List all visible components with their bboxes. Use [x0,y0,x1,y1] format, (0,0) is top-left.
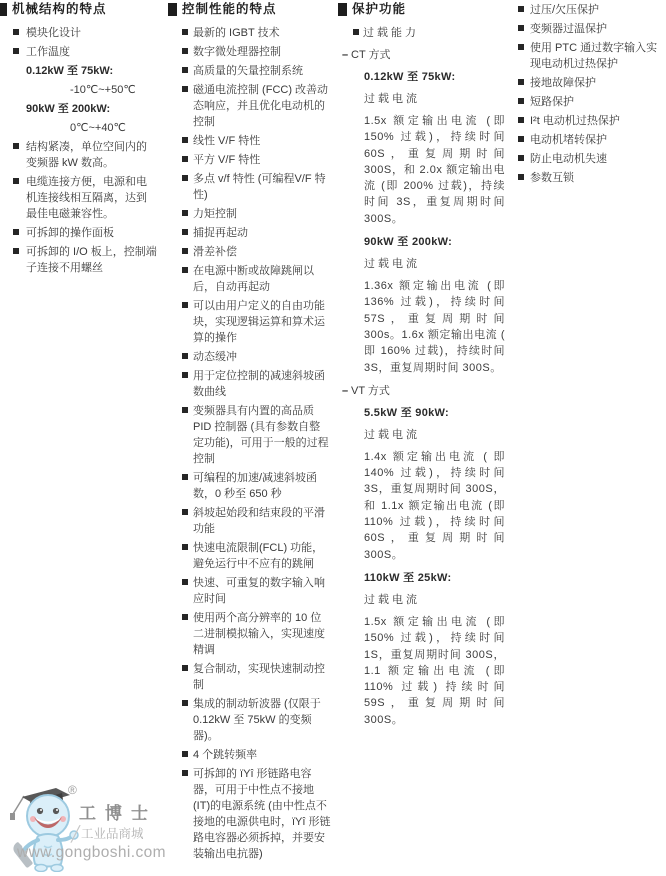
dash-icon: – [342,383,348,399]
bullet-item: 最新的 IGBT 技术 [168,25,331,41]
bullet-item: 4 个跳转频率 [168,747,331,763]
item-text: 模块化设计 [26,27,81,39]
bullet-item: 线性 V/F 特性 [168,133,331,149]
item-text: 可拆卸的 I/O 板上，控制端子连接不用螺丝 [26,246,157,274]
overload-current-label: 过载电流 [338,427,508,443]
bullet-square-icon [13,48,19,54]
website-url: www.gongboshi.com [17,844,166,862]
item-text: 电动机堵转保护 [530,134,607,146]
item-text: 力矩控制 [193,208,237,220]
item-text: 电缆连接方便，电源和电机连接线相互隔离，达到最佳电磁兼容性。 [26,176,147,220]
gongboshi-watermark: ® 工博士 ╱工业品商城 www.gongboshi.com [8,782,198,874]
bullet-item: 快速电流限制(FCL) 功能，避免运行中不应有的跳闸 [168,540,331,572]
brand-name: 工博士 [79,799,189,824]
header-square-icon [338,3,347,16]
bullet-item: 参数互锁 [518,170,664,186]
column-title: 控制性能的特点 [182,2,277,17]
overload-paragraph: 1.36x 额定输出电流 (即 136% 过载)，持续时间 57S，重复周期时间… [338,278,505,376]
bullet-square-icon [182,267,188,273]
bullet-item: 过载能力 [338,25,503,41]
item-text: 数字微处理器控制 [193,46,281,58]
bullet-item: 平方 V/F 特性 [168,152,331,168]
bullet-item: 多点 v/f 特性 (可编程V/F 特性) [168,171,331,203]
power-range-heading: 110kW 至 25kW: [338,570,508,586]
bullet-square-icon [518,79,524,85]
bullet-square-icon [182,137,188,143]
item-text: 变频器具有内置的高品质 PID 控制器 (具有参数自整定功能)，可用于一般的过程… [193,405,329,465]
item-text: 防止电动机失速 [530,153,607,165]
item-text: 平方 V/F 特性 [193,154,260,166]
bullet-item: 变频器过温保护 [518,21,664,37]
dash-icon: – [342,47,348,63]
overload-paragraph: 1.4x 额定输出电流 ( 即 140% 过载)，持续时间 3S，重复周期时间 … [338,449,505,563]
bullet-square-icon [182,210,188,216]
bullet-item: 在电源中断或故障跳闸以后，自动再起动 [168,263,331,295]
bullet-square-icon [518,98,524,104]
bullet-square-icon [182,509,188,515]
column-mechanical-features: 机械结构的特点模块化设计工作温度0.12kW 至 75kW:-10℃~+50℃9… [0,2,160,279]
registered-trademark: ® [68,783,77,797]
bullet-item: 捕捉再起动 [168,225,331,241]
power-range-line: 0.12kW 至 75kW: [0,63,160,79]
bullet-square-icon [182,544,188,550]
item-text: 使用 PTC 通过数字输入实现电动机过热保护 [530,42,657,70]
bullet-item: 模块化设计 [0,25,157,41]
bullet-item: 工作温度 [0,44,157,60]
header-square-icon [168,3,177,16]
datasheet-page: { "page": { "background": "#ffffff", "te… [0,0,666,876]
bullet-item: 变频器具有内置的高品质 PID 控制器 (具有参数自整定功能)，可用于一般的过程… [168,403,331,467]
column-header: 保护功能 [338,2,508,17]
bullet-square-icon [13,248,19,254]
bullet-item: 数字微处理器控制 [168,44,331,60]
item-text: 变频器过温保护 [530,23,607,35]
item-text: 结构紧凑，单位空间内的变频器 kW 数高。 [26,141,147,169]
item-text: 复合制动，实现快速制动控制 [193,663,325,691]
item-text: 快速、可重复的数字输入响应时间 [193,577,325,605]
bullet-square-icon [182,353,188,359]
item-text: 过载能力 [363,27,419,39]
bullet-item: 力矩控制 [168,206,331,222]
bullet-square-icon [518,174,524,180]
item-text: 使用两个高分辨率的 10 位二进制模拟输入，实现速度精调 [193,612,325,656]
bullet-square-icon [182,614,188,620]
bullet-square-icon [182,700,188,706]
bullet-item: 可拆卸的操作面板 [0,225,157,241]
item-text: 工作温度 [26,46,70,58]
bullet-item: 接地故障保护 [518,75,664,91]
bullet-item: 防止电动机失速 [518,151,664,167]
brand-tagline: ╱工业品商城 [71,824,144,843]
bullet-square-icon [182,29,188,35]
bullet-item: 电缆连接方便，电源和电机连接线相互隔离，达到最佳电磁兼容性。 [0,174,157,222]
item-text: 滑差补偿 [193,246,237,258]
bullet-item: 磁通电流控制 (FCC) 改善动态响应，并且优化电动机的控制 [168,82,331,130]
bullet-square-icon [518,6,524,12]
bullet-item: 电动机堵转保护 [518,132,664,148]
bullet-square-icon [182,229,188,235]
bullet-item: 使用两个高分辨率的 10 位二进制模拟输入，实现速度精调 [168,610,331,658]
item-text: 线性 V/F 特性 [193,135,260,147]
overload-current-label: 过载电流 [338,256,508,272]
overload-paragraph: 1.5x 额定输出电流 (即 150% 过载)，持续时间 1S，重复周期时间 3… [338,614,505,728]
slash-decoration-icon: ╱ [71,826,80,843]
item-text: 可编程的加速/减速斜坡函数，0 秒至 650 秒 [193,472,317,500]
overload-current-label: 过载电流 [338,592,508,608]
bullet-square-icon [13,29,19,35]
column-title: 机械结构的特点 [12,2,107,17]
bullet-item: 可拆卸的 I/O 板上，控制端子连接不用螺丝 [0,244,157,276]
column-header: 控制性能的特点 [168,2,332,17]
bullet-square-icon [182,665,188,671]
item-text: 用于定位控制的减速斜坡函数曲线 [193,370,325,398]
bullet-item: 复合制动，实现快速制动控制 [168,661,331,693]
bullet-square-icon [353,29,359,35]
column-protection-functions-continued: 过压/欠压保护变频器过温保护使用 PTC 通过数字输入实现电动机过热保护接地故障… [518,2,666,189]
bullet-square-icon [182,86,188,92]
bullet-square-icon [182,48,188,54]
bullet-item: 集成的制动斩波器 (仅限于 0.12kW 至 75kW 的变频器)。 [168,696,331,744]
item-text: 磁通电流控制 (FCC) 改善动态响应，并且优化电动机的控制 [193,84,328,128]
bullet-square-icon [182,175,188,181]
dash-item: –VT 方式 [338,383,501,399]
item-text: 可拆卸的 ïYî 形链路电容器，可用于中性点不接地(IT)的电源系统 (由中性点… [193,768,331,860]
item-text: 斜坡起始段和结束段的平滑功能 [193,507,325,535]
power-range-heading: 5.5kW 至 90kW: [338,405,508,421]
tagline-text: 工业品商城 [81,827,144,841]
bullet-square-icon [182,751,188,757]
item-text: VT 方式 [351,385,390,397]
temperature-value-line: 0℃~+40℃ [0,120,160,136]
column-title: 保护功能 [352,2,406,17]
item-text: 快速电流限制(FCL) 功能，避免运行中不应有的跳闸 [193,542,323,570]
overload-current-label: 过载电流 [338,91,508,107]
bullet-square-icon [182,67,188,73]
bullet-square-icon [182,407,188,413]
bullet-square-icon [182,248,188,254]
bullet-square-icon [518,117,524,123]
overload-paragraph: 1.5x 额定输出电流 (即 150% 过载)，持续时间 60S，重复周期时间 … [338,113,505,227]
bullet-square-icon [518,44,524,50]
item-text: 高质量的矢量控制系统 [193,65,303,77]
bullet-square-icon [13,178,19,184]
header-square-icon [0,3,7,16]
column-control-features: 控制性能的特点最新的 IGBT 技术数字微处理器控制高质量的矢量控制系统磁通电流… [168,2,332,865]
temperature-value-line: -10℃~+50℃ [0,82,160,98]
bullet-item: 可以由用户定义的自由功能块，实现逻辑运算和算术运算的操作 [168,298,331,346]
column-protection-functions: 保护功能过载能力–CT 方式0.12kW 至 75kW:过载电流1.5x 额定输… [338,2,508,735]
item-text: 捕捉再起动 [193,227,248,239]
column-header: 机械结构的特点 [0,2,160,17]
bullet-item: 用于定位控制的减速斜坡函数曲线 [168,368,331,400]
bullet-square-icon [182,372,188,378]
bullet-square-icon [13,229,19,235]
bullet-square-icon [182,474,188,480]
bullet-item: 过压/欠压保护 [518,2,664,18]
bullet-item: 快速、可重复的数字输入响应时间 [168,575,331,607]
power-range-heading: 90kW 至 200kW: [338,234,508,250]
bullet-item: 可编程的加速/减速斜坡函数，0 秒至 650 秒 [168,470,331,502]
item-text: 可以由用户定义的自由功能块，实现逻辑运算和算术运算的操作 [193,300,325,344]
dash-item: –CT 方式 [338,47,501,63]
item-text: 短路保护 [530,96,574,108]
bullet-square-icon [13,143,19,149]
bullet-square-icon [182,579,188,585]
item-text: 可拆卸的操作面板 [26,227,114,239]
item-text: 接地故障保护 [530,77,596,89]
item-text: 多点 v/f 特性 (可编程V/F 特性) [193,173,326,201]
bullet-item: I²t 电动机过热保护 [518,113,664,129]
item-text: I²t 电动机过热保护 [530,115,620,127]
power-range-heading: 0.12kW 至 75kW: [338,69,508,85]
item-text: 4 个跳转频率 [193,749,257,761]
bullet-item: 滑差补偿 [168,244,331,260]
bullet-square-icon [518,136,524,142]
bullet-square-icon [518,25,524,31]
bullet-item: 斜坡起始段和结束段的平滑功能 [168,505,331,537]
bullet-square-icon [182,770,188,776]
item-text: 在电源中断或故障跳闸以后，自动再起动 [193,265,314,293]
item-text: CT 方式 [351,49,391,61]
bullet-item: 短路保护 [518,94,664,110]
bullet-item: 使用 PTC 通过数字输入实现电动机过热保护 [518,40,664,72]
item-text: 最新的 IGBT 技术 [193,27,280,39]
bullet-item: 动态缓冲 [168,349,331,365]
bullet-square-icon [182,156,188,162]
bullet-square-icon [518,155,524,161]
power-range-line: 90kW 至 200kW: [0,101,160,117]
bullet-item: 结构紧凑，单位空间内的变频器 kW 数高。 [0,139,157,171]
item-text: 集成的制动斩波器 (仅限于 0.12kW 至 75kW 的变频器)。 [193,698,321,742]
bullet-square-icon [182,302,188,308]
item-text: 参数互锁 [530,172,574,184]
item-text: 过压/欠压保护 [530,4,599,16]
bullet-item: 高质量的矢量控制系统 [168,63,331,79]
item-text: 动态缓冲 [193,351,237,363]
